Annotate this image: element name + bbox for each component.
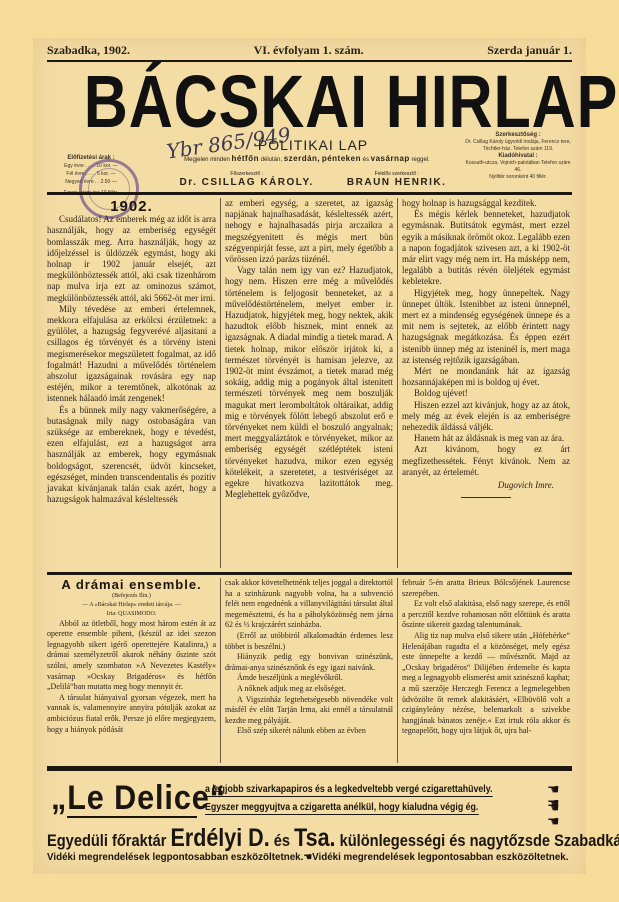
article-1902: 1902. Csudálatos! Az emberek még az időt… [43,198,576,568]
volume-number: VI. évfolyam 1. szám. [254,43,364,58]
office-box: Szerkesztőség : Dr. Csillag Károly ügyvé… [463,132,573,181]
ad-footer: Vidéki megrendelések legpontosabban eszk… [47,852,562,863]
dateline: Szabadka, 1902. VI. évfolyam 1. szám. Sz… [47,42,572,62]
article-column: február 5-én aratta Brieux Bölcsőjének L… [397,578,574,763]
pointing-hand-icon: ☚☚ [547,800,572,828]
signature: Dugovich Imre. [402,480,570,491]
article-title: A drámai ensemble. [47,580,216,591]
ad-main-line: Egyedüli főraktár Erdélyi D. és Tsa. kül… [47,824,499,853]
place-year: Szabadka, 1902. [47,43,130,58]
editor-in-chief: Főszerkesztő : Dr. CSILLAG KÁROLY. [180,171,314,188]
responsible-editor: Felelős szerkesztő : BRAUN HENRIK. [347,171,447,188]
publication-schedule: Megjelen minden hétfőn délután, szerdán,… [147,154,467,163]
newspaper-page: Szabadka, 1902. VI. évfolyam 1. szám. Sz… [33,38,586,874]
article-column: A drámai ensemble. (Befejezés Ilin.) — A… [43,578,220,763]
ad-brand: „Le Delice“ [51,778,226,818]
newspaper-title: BÁCSKAI HIRLAP [84,68,536,138]
article-column: 1902. Csudálatos! Az emberek még az időt… [43,198,220,568]
ad-line: a legjobb szivarkapapiros és a legkedvel… [205,784,492,797]
divider [47,766,572,771]
subtitle: POLITIKAI LAP [213,137,413,153]
advertisement: „Le Delice“ a legjobb szivarkapapiros és… [47,776,572,866]
article-drama-ensemble: A drámai ensemble. (Befejezés Ilin.) — A… [43,578,576,763]
editors: Főszerkesztő : Dr. CSILLAG KÁROLY. Felel… [163,171,463,188]
issue-date: Szerda január 1. [487,43,572,58]
divider [67,816,197,818]
divider [461,497,511,498]
pointing-hand-icon: ☚ [303,852,312,863]
article-column: csak akkor követelhetnénk teljes joggal … [220,578,397,763]
ad-line: Egyszer meggyujtva a czigaretta anélkül,… [205,802,478,815]
divider [47,192,572,195]
divider [47,572,572,575]
article-title: 1902. [47,201,216,212]
article-column: hogy holnap is hazugsággal kezditek. És … [397,198,574,568]
article-column: az emberi egység, a szeretet, az igazság… [220,198,397,568]
